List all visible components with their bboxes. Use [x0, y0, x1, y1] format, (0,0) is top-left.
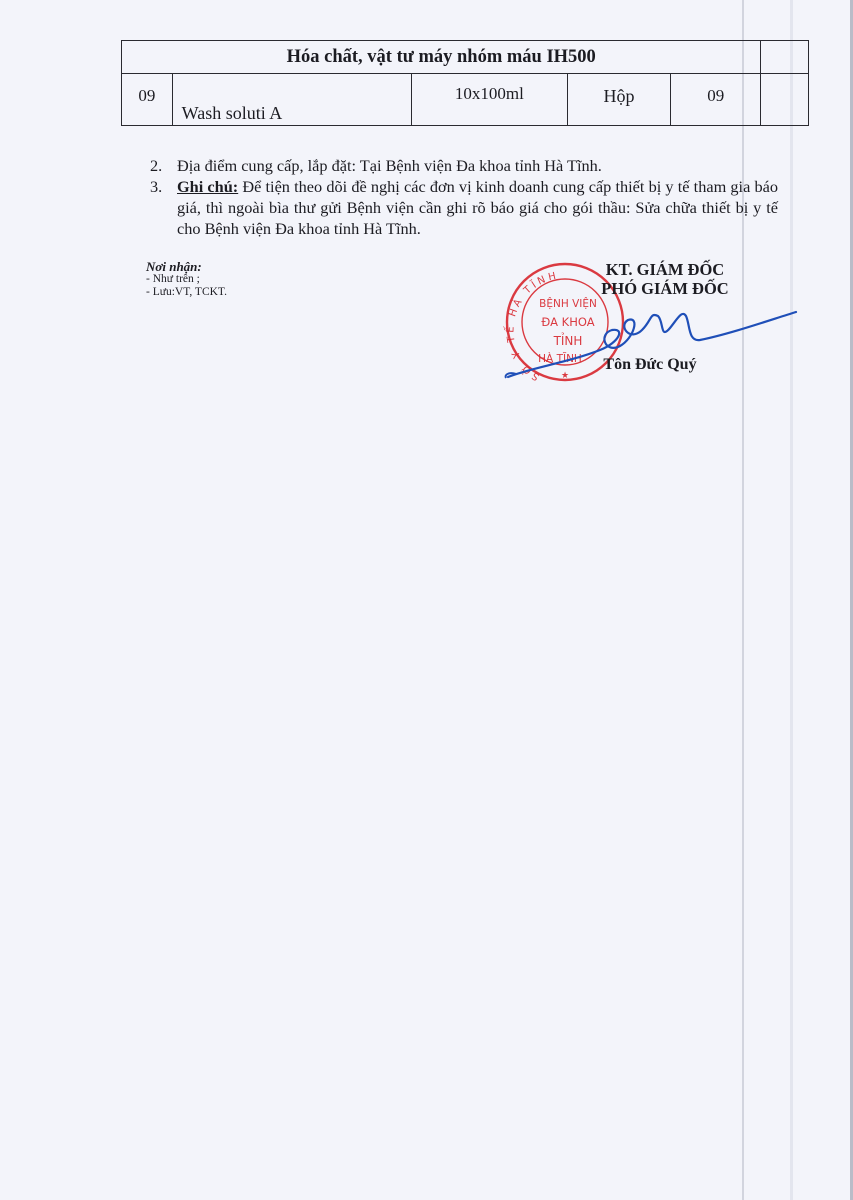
note-label: Ghi chú:: [177, 177, 238, 196]
recipients-heading: Nơi nhận:: [146, 260, 227, 273]
recipient-item: - Như trên ;: [146, 273, 227, 286]
note-number: 2.: [150, 155, 177, 176]
recipients-block: Nơi nhận: - Như trên ; - Lưu:VT, TCKT.: [146, 260, 227, 299]
note-item: 3. Ghi chú: Để tiện theo dõi đề nghị các…: [150, 176, 778, 239]
handwritten-signature-icon: [500, 250, 810, 400]
cell-qty: 09: [671, 74, 761, 126]
cell-unit: Hộp: [567, 74, 670, 126]
table-section-row: Hóa chất, vật tư máy nhóm máu IH500: [122, 41, 809, 74]
cell-name: Wash soluti A: [172, 74, 411, 126]
note-body: Để tiện theo dõi đề nghị các đơn vị kinh…: [177, 177, 778, 238]
cell-spec: 10x100ml: [411, 74, 567, 126]
recipient-item: - Lưu:VT, TCKT.: [146, 286, 227, 299]
note-text: Địa điểm cung cấp, lắp đặt: Tại Bệnh việ…: [177, 155, 778, 176]
signer-name: Tôn Đức Quý: [580, 356, 720, 374]
note-item: 2. Địa điểm cung cấp, lắp đặt: Tại Bệnh …: [150, 155, 778, 176]
items-table: Hóa chất, vật tư máy nhóm máu IH500 09 W…: [121, 40, 809, 126]
note-number: 3.: [150, 176, 177, 239]
scan-crease-line: [790, 0, 793, 1200]
table-row: 09 Wash soluti A 10x100ml Hộp 09: [122, 74, 809, 126]
note-body: Địa điểm cung cấp, lắp đặt: Tại Bệnh việ…: [177, 156, 602, 175]
cell-extra: [761, 74, 809, 126]
signature-block: SỞ Y TẾ HÀ TĨNH BỆNH VIỆN ĐA KHOA TỈNH H…: [500, 250, 810, 400]
notes-list: 2. Địa điểm cung cấp, lắp đặt: Tại Bệnh …: [150, 155, 778, 239]
note-text: Ghi chú: Để tiện theo dõi đề nghị các đơ…: [177, 176, 778, 239]
cell-no: 09: [122, 74, 173, 126]
table-cell-extra: [761, 41, 809, 74]
section-title: Hóa chất, vật tư máy nhóm máu IH500: [122, 41, 761, 74]
